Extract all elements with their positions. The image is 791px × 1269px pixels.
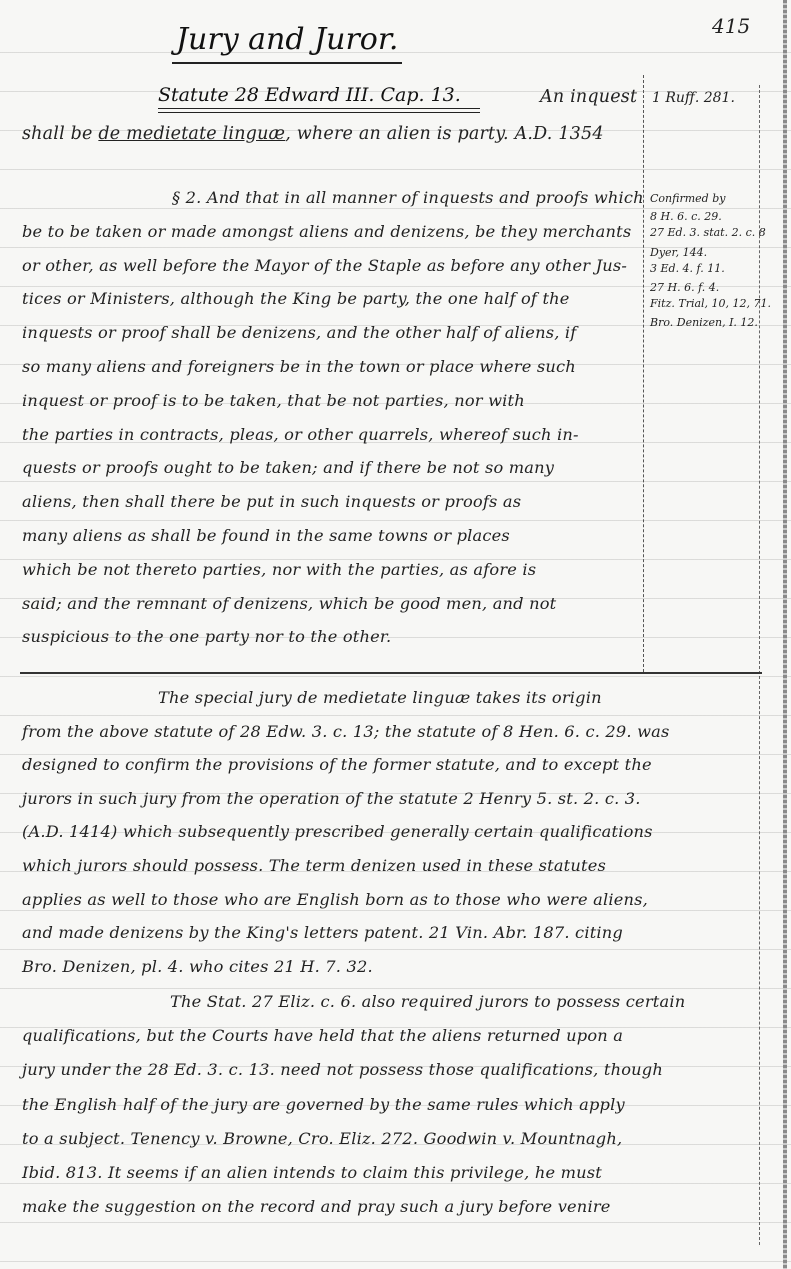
- section-2-line: inquest or proof is to be taken, that be…: [22, 391, 525, 410]
- statute-line-2-before: shall be: [22, 124, 98, 144]
- statute-intro-tail: An inquest: [540, 87, 637, 107]
- commentary-1-line: The special jury de medietate linguæ tak…: [158, 688, 602, 707]
- margin-citation: 3 Ed. 4. f. 11.: [650, 262, 725, 275]
- section-2-line: tices or Ministers, although the King be…: [22, 289, 570, 308]
- statute-line-2-after: , where an alien is party. A.D. 1354: [285, 124, 603, 144]
- section-2-line: suspicious to the one party nor to the o…: [22, 627, 391, 646]
- section-2-line: many aliens as shall be found in the sam…: [22, 526, 510, 545]
- section-2-line: which be not thereto parties, nor with t…: [22, 560, 536, 579]
- citation-margin-rule: [643, 75, 645, 672]
- manuscript-page: 415 Jury and Juror. Statute 28 Edward II…: [0, 0, 791, 1269]
- margin-citation: 8 H. 6. c. 29.: [650, 210, 722, 223]
- section-2-line: aliens, then shall there be put in such …: [22, 492, 521, 511]
- margin-citation: 27 Ed. 3. stat. 2. c. 8: [650, 226, 766, 239]
- commentary-1-line: (A.D. 1414) which subsequently prescribe…: [22, 822, 653, 841]
- commentary-2-line: to a subject. Tenency v. Browne, Cro. El…: [22, 1129, 622, 1148]
- commentary-1-line: which jurors should possess. The term de…: [22, 856, 606, 875]
- margin-citation: Confirmed by: [650, 192, 725, 205]
- commentary-1-line: jurors in such jury from the operation o…: [22, 789, 641, 808]
- commentary-2-line: qualifications, but the Courts have held…: [22, 1026, 623, 1045]
- page-number: 415: [712, 14, 750, 38]
- commentary-2-line: The Stat. 27 Eliz. c. 6. also required j…: [170, 992, 685, 1011]
- statute-heading: Statute 28 Edward III. Cap. 13.: [158, 84, 461, 106]
- section-2-line: inquests or proof shall be denizens, and…: [22, 323, 576, 342]
- page-title: Jury and Juror.: [176, 22, 398, 57]
- commentary-1-line: Bro. Denizen, pl. 4. who cites 21 H. 7. …: [22, 957, 373, 976]
- section-2-line: so many aliens and foreigners be in the …: [22, 357, 576, 376]
- section-2-line: quests or proofs ought to be taken; and …: [22, 458, 554, 477]
- commentary-2-line: Ibid. 813. It seems if an alien intends …: [22, 1163, 602, 1182]
- section-2-line: be to be taken or made amongst aliens an…: [22, 222, 631, 241]
- commentary-2-line: the English half of the jury are governe…: [22, 1095, 625, 1114]
- section-divider: [20, 672, 762, 674]
- right-margin-rule: [759, 85, 761, 1245]
- margin-citation: Bro. Denizen, I. 12.: [650, 316, 758, 329]
- commentary-1-line: applies as well to those who are English…: [22, 890, 648, 909]
- margin-citation: 27 H. 6. f. 4.: [650, 281, 719, 294]
- de-medietate-linguae: de medietate linguæ: [98, 124, 285, 144]
- commentary-2-line: jury under the 28 Ed. 3. c. 13. need not…: [22, 1060, 663, 1079]
- commentary-1-line: designed to confirm the provisions of th…: [22, 755, 652, 774]
- commentary-2-line: make the suggestion on the record and pr…: [22, 1197, 611, 1216]
- margin-citation: Dyer, 144.: [650, 246, 707, 259]
- commentary-1-line: and made denizens by the King's letters …: [22, 923, 623, 942]
- section-2-line: or other, as well before the Mayor of th…: [22, 256, 627, 275]
- statute-line-2: shall be de medietate linguæ, where an a…: [22, 124, 604, 144]
- commentary-1-line: from the above statute of 28 Edw. 3. c. …: [22, 722, 670, 741]
- page-edge: [783, 0, 787, 1269]
- section-2-line: the parties in contracts, pleas, or othe…: [22, 425, 579, 444]
- title-underline: [172, 62, 402, 64]
- section-2-line: § 2. And that in all manner of inquests …: [172, 188, 644, 207]
- margin-citation-ruffhead: 1 Ruff. 281.: [652, 90, 735, 106]
- margin-citation: Fitz. Trial, 10, 12, 71.: [650, 297, 771, 310]
- section-2-line: said; and the remnant of denizens, which…: [22, 594, 556, 613]
- statute-heading-underline: [158, 108, 480, 113]
